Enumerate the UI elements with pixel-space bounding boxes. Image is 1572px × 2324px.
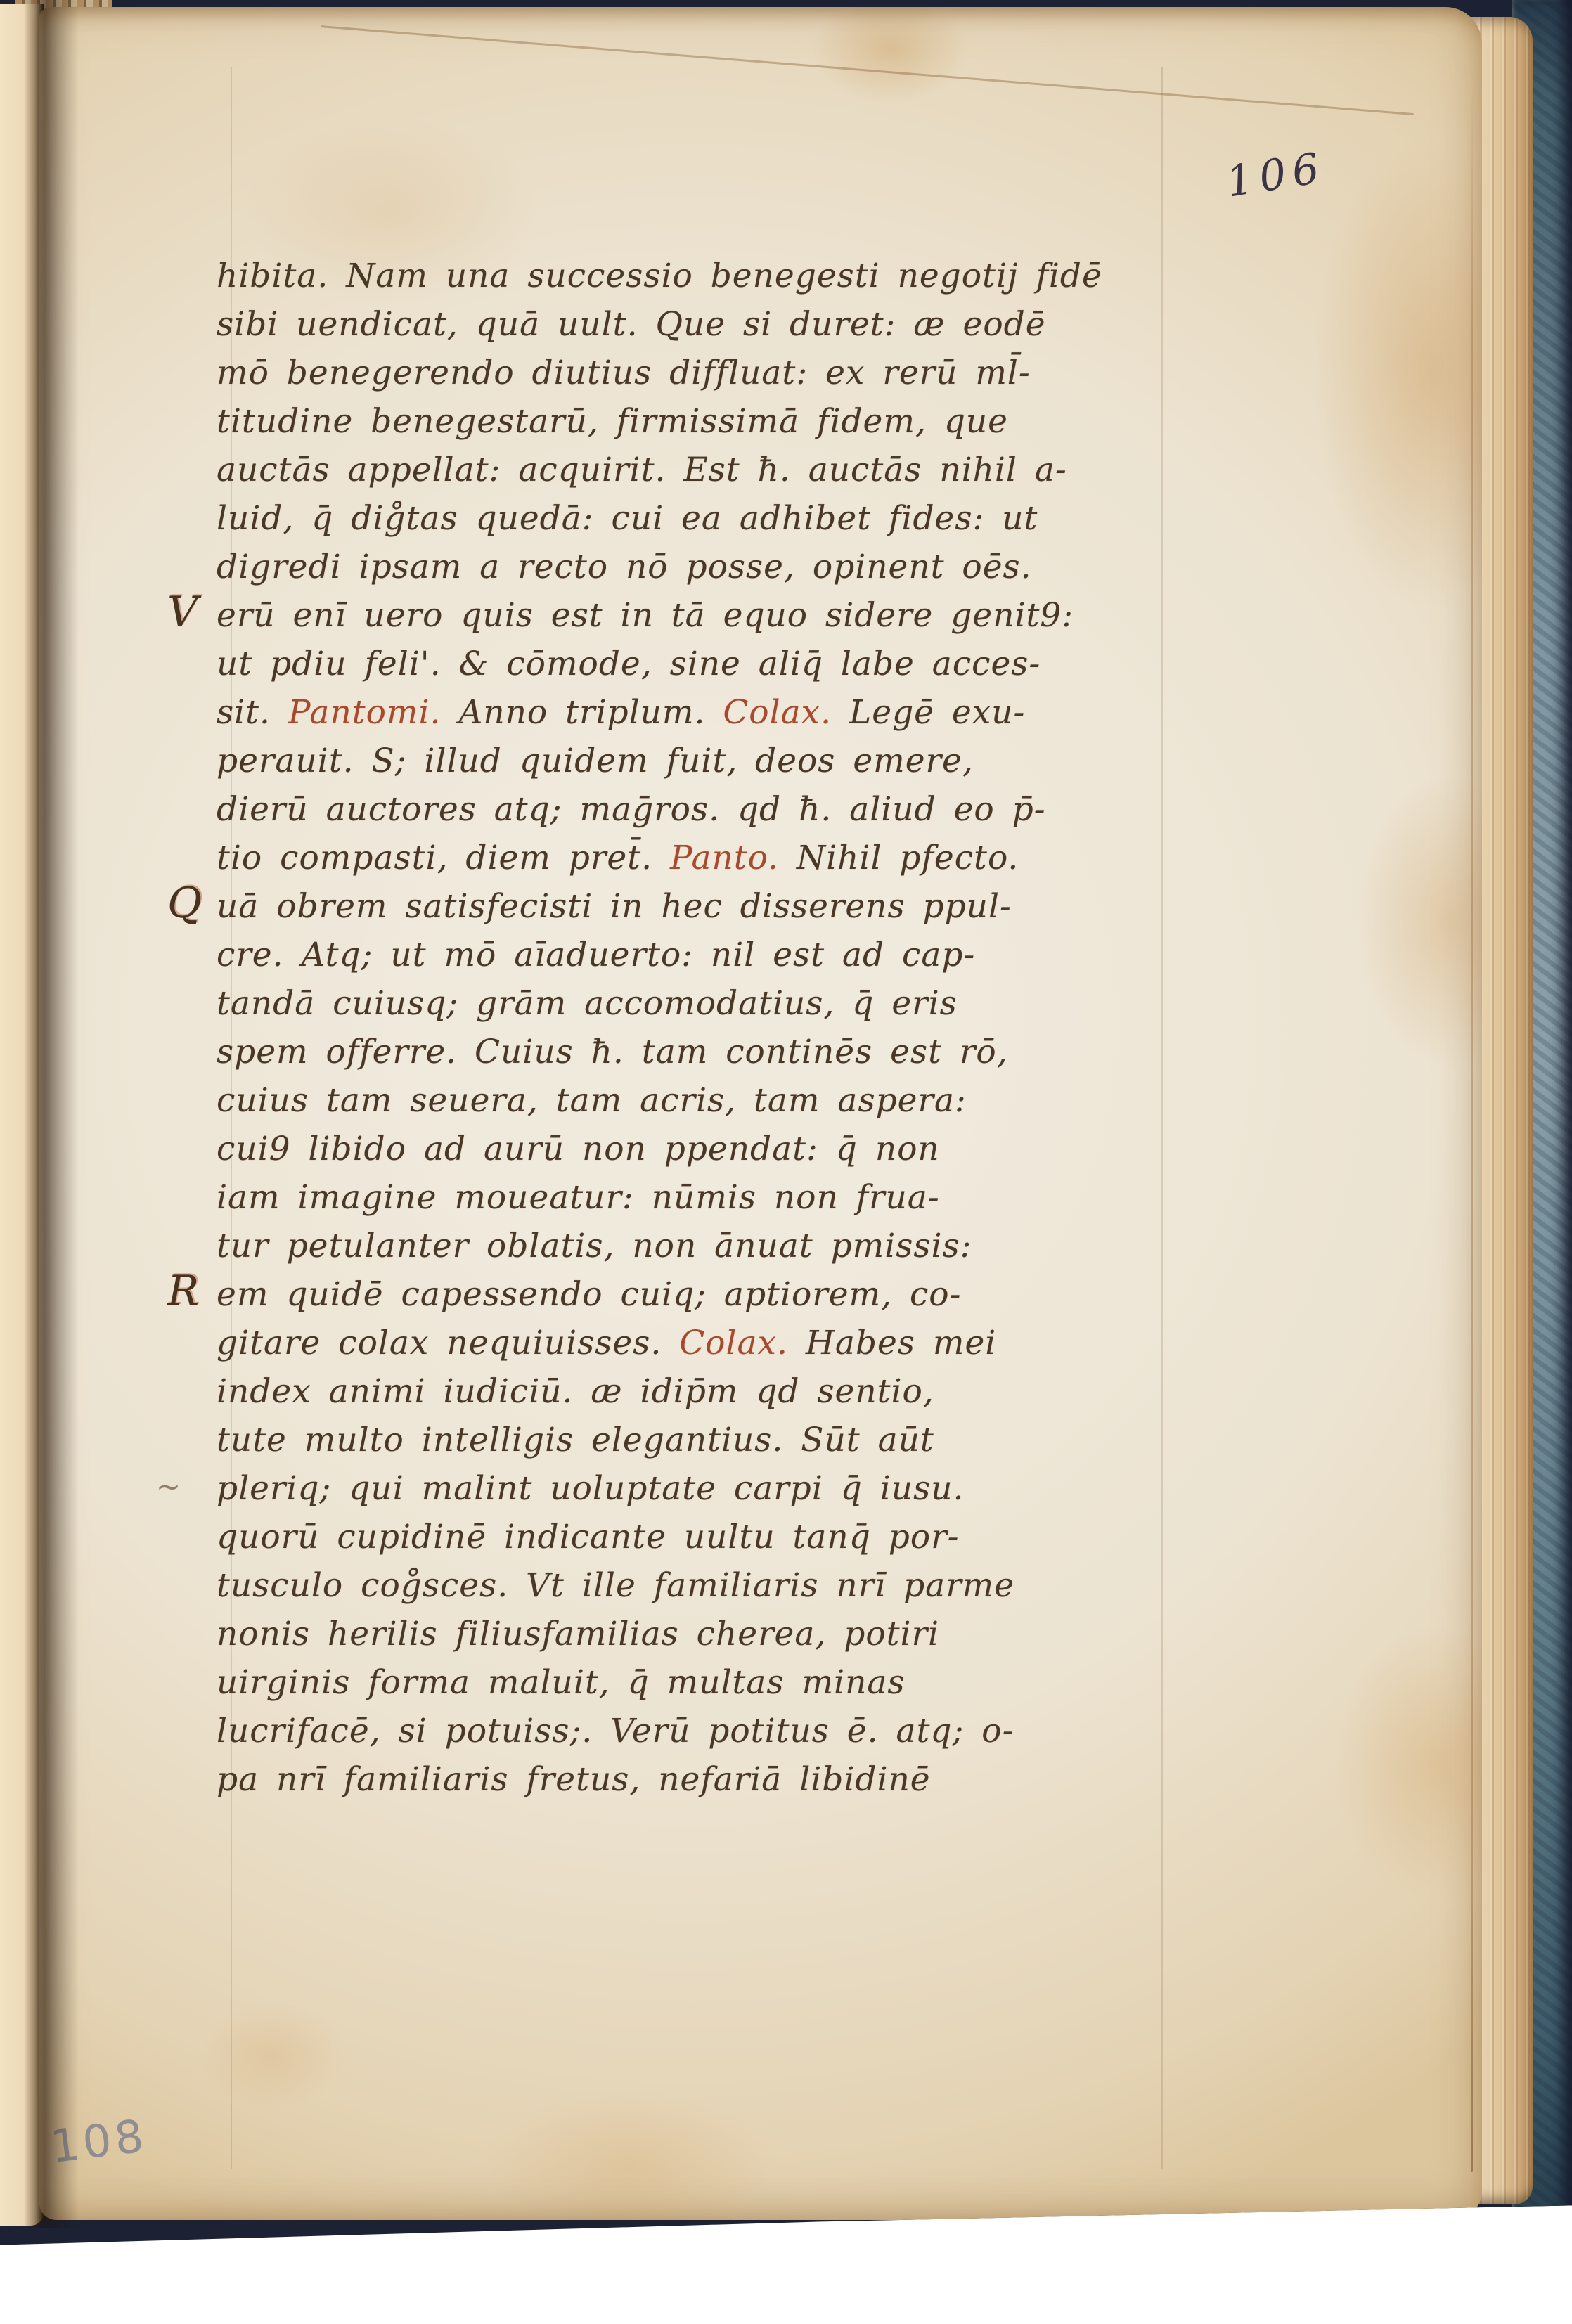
body-text: pleriq; qui malint uoluptate carpi q̄ iu… xyxy=(217,1469,964,1508)
body-text: perauit. S; illud quidem fuit, deos emer… xyxy=(217,742,974,780)
margin-mark: ~ xyxy=(156,1462,181,1511)
manuscript-line: Rem quidē capessendo cuiq; aptiorem, co- xyxy=(217,1270,1215,1319)
body-text: mō benegerendo diutius diffluat: ex rerū… xyxy=(217,354,1031,392)
manuscript-line: cre. Atq; ut mō aīaduerto: nil est ad ca… xyxy=(217,931,1215,979)
body-text: lucrifacē, si potuiss;. Verū potitus ē. … xyxy=(217,1712,1014,1750)
body-text: quorū cupidinē indicante uultu tanq̄ por… xyxy=(217,1518,959,1556)
manuscript-line: spem offerre. Cuius ħ. tam continēs est … xyxy=(217,1028,1215,1076)
manuscript-line: tusculo cog̊sces. Vt ille familiaris nrī… xyxy=(217,1561,1215,1610)
body-text: tio compasti, diem pret̄. xyxy=(217,839,670,877)
rubric-text: Colax. xyxy=(679,1324,788,1362)
body-text: sibi uendicat, quā uult. Que si duret: æ… xyxy=(217,305,1046,344)
manuscript-line: iam imagine moueatur: nūmis non frua- xyxy=(217,1173,1215,1222)
body-text: uirginis forma maluit, q̄ multas minas xyxy=(217,1663,906,1702)
manuscript-line: Quā obrem satisfecisti in hec disserens … xyxy=(217,882,1215,931)
decorated-initial: V xyxy=(167,591,217,633)
manuscript-line: digredi ipsam a recto nō posse, opinent … xyxy=(217,543,1215,591)
fore-edge-crease xyxy=(1471,91,1473,2172)
manuscript-line: tur petulanter oblatis, non ānuat pmissi… xyxy=(217,1222,1215,1270)
manuscript-line: index animi iudiciū. æ idip̄m qd sentio, xyxy=(217,1367,1215,1416)
body-text: tandā cuiusq; grām accomodatius, q̄ eris xyxy=(217,984,958,1023)
manuscript-line: perauit. S; illud quidem fuit, deos emer… xyxy=(217,737,1215,785)
body-text: Nihil pfecto. xyxy=(779,839,1019,877)
body-text: digredi ipsam a recto nō posse, opinent … xyxy=(217,548,1032,586)
body-text: auctās appellat: acquirit. Est ħ. auctās… xyxy=(217,451,1067,489)
text-block: ~ hibita. Nam una successio benegesti ne… xyxy=(217,252,1215,1804)
manuscript-line: tio compasti, diem pret̄. Panto. Nihil p… xyxy=(217,834,1215,882)
manuscript-line: mō benegerendo diutius diffluat: ex rerū… xyxy=(217,349,1215,397)
body-text: uā obrem satisfecisti in hec disserens p… xyxy=(217,887,1012,926)
body-text: luid, q̄ dig̊tas quedā: cui ea adhibet f… xyxy=(217,499,1038,538)
body-text: tusculo cog̊sces. Vt ille familiaris nrī… xyxy=(217,1566,1014,1605)
manuscript-line: lucrifacē, si potuiss;. Verū potitus ē. … xyxy=(217,1707,1215,1755)
manuscript-line: pleriq; qui malint uoluptate carpi q̄ iu… xyxy=(217,1464,1215,1513)
manuscript-line: uirginis forma maluit, q̄ multas minas xyxy=(217,1658,1215,1707)
body-text: hibita. Nam una successio benegesti nego… xyxy=(217,257,1102,295)
body-text: pa nrī familiaris fretus, nefariā libidi… xyxy=(217,1760,931,1799)
manuscript-line: pa nrī familiaris fretus, nefariā libidi… xyxy=(217,1755,1215,1804)
manuscript-line: tute multo intelligis elegantius. Sūt aū… xyxy=(217,1416,1215,1464)
manuscript-line: nonis herilis filiusfamilias cherea, pot… xyxy=(217,1610,1215,1658)
body-text: gitare colax nequiuisses. xyxy=(217,1324,679,1362)
book-cover-backdrop: 106 ~ hibita. Nam una successio benegest… xyxy=(0,0,1572,2324)
facing-page-sliver xyxy=(0,4,44,2226)
manuscript-line: dierū auctores atq; maḡros. qd ħ. aliud … xyxy=(217,785,1215,834)
body-text: em quidē capessendo cuiq; aptiorem, co- xyxy=(217,1275,961,1314)
manuscript-page: 106 ~ hibita. Nam una successio benegest… xyxy=(39,7,1482,2220)
body-text: erū enī uero quis est in tā equo sidere … xyxy=(217,596,1074,635)
manuscript-line: luid, q̄ dig̊tas quedā: cui ea adhibet f… xyxy=(217,494,1215,543)
manuscript-line: ut pdiu feli'. & cōmode, sine aliq̄ labe… xyxy=(217,640,1215,688)
body-text: cui9 libido ad aurū non ppendat: q̄ non xyxy=(217,1130,940,1168)
body-text: titudine benegestarū, firmissimā fidem, … xyxy=(217,402,1008,441)
manuscript-photo: 106 ~ hibita. Nam una successio benegest… xyxy=(0,0,1572,2324)
manuscript-line: cui9 libido ad aurū non ppendat: q̄ non xyxy=(217,1125,1215,1173)
body-text: iam imagine moueatur: nūmis non frua- xyxy=(217,1178,940,1217)
manuscript-line: auctās appellat: acquirit. Est ħ. auctās… xyxy=(217,446,1215,494)
body-text: cre. Atq; ut mō aīaduerto: nil est ad ca… xyxy=(217,936,975,974)
body-text: Habes mei xyxy=(788,1324,996,1362)
top-edge-crease xyxy=(321,25,1414,115)
pencil-foliation-number: 108 xyxy=(48,2110,150,2174)
manuscript-line: sit. Pantomi. Anno triplum. Colax. Legē … xyxy=(217,688,1215,737)
manuscript-line: Verū enī uero quis est in tā equo sidere… xyxy=(217,591,1215,640)
decorated-initial: R xyxy=(167,1270,217,1312)
manuscript-line: cuius tam seuera, tam acris, tam aspera: xyxy=(217,1076,1215,1125)
body-text: tute multo intelligis elegantius. Sūt aū… xyxy=(217,1421,934,1459)
body-text: sit. xyxy=(217,693,288,732)
body-text: index animi iudiciū. æ idip̄m qd sentio, xyxy=(217,1372,934,1411)
body-text: Anno triplum. xyxy=(441,693,723,732)
manuscript-line: gitare colax nequiuisses. Colax. Habes m… xyxy=(217,1319,1215,1367)
rubric-text: Pantomi. xyxy=(288,693,442,732)
body-text: nonis herilis filiusfamilias cherea, pot… xyxy=(217,1615,939,1653)
manuscript-line: quorū cupidinē indicante uultu tanq̄ por… xyxy=(217,1513,1215,1561)
body-text: ut pdiu feli'. & cōmode, sine aliq̄ labe… xyxy=(217,645,1041,683)
manuscript-line: sibi uendicat, quā uult. Que si duret: æ… xyxy=(217,300,1215,349)
manuscript-line: hibita. Nam una successio benegesti nego… xyxy=(217,252,1215,300)
body-text: dierū auctores atq; maḡros. qd ħ. aliud … xyxy=(217,790,1046,829)
folio-number: 106 xyxy=(1223,143,1329,207)
body-text: tur petulanter oblatis, non ānuat pmissi… xyxy=(217,1227,972,1265)
rubric-text: Colax. xyxy=(723,693,832,732)
body-text: spem offerre. Cuius ħ. tam continēs est … xyxy=(217,1033,1008,1071)
decorated-initial: Q xyxy=(167,882,217,924)
rubric-text: Panto. xyxy=(670,839,779,877)
manuscript-line: titudine benegestarū, firmissimā fidem, … xyxy=(217,397,1215,446)
body-text: Legē exu- xyxy=(832,693,1025,732)
manuscript-line: tandā cuiusq; grām accomodatius, q̄ eris xyxy=(217,979,1215,1028)
body-text: cuius tam seuera, tam acris, tam aspera: xyxy=(217,1081,967,1120)
